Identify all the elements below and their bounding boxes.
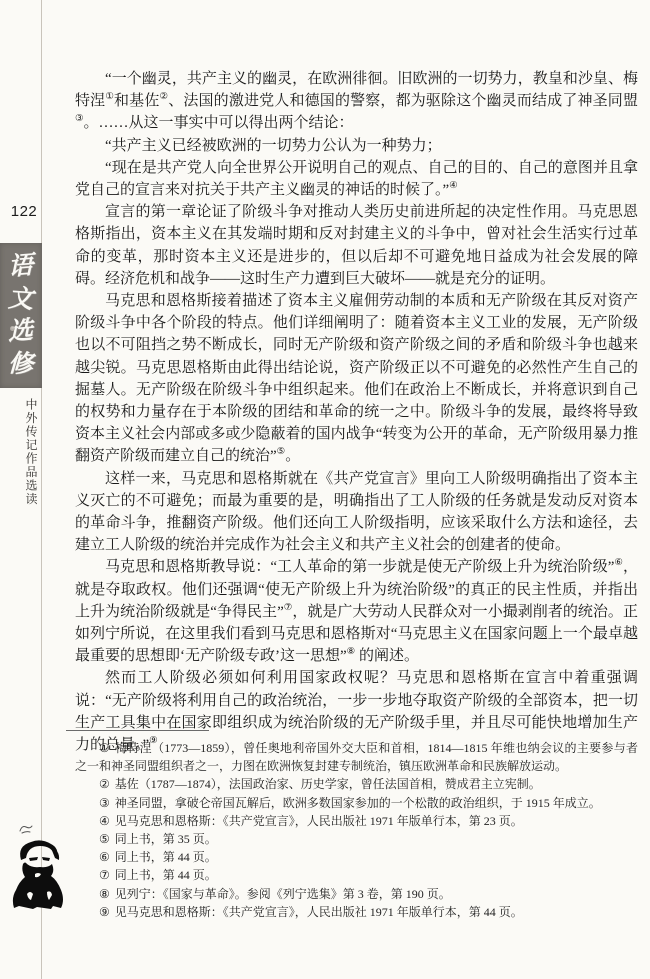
series-title-char: 选 xyxy=(8,318,34,345)
footnotes: ①梅特涅（1773—1859），曾任奥地利帝国外交大臣和首相，1814—1815… xyxy=(75,739,638,921)
footnote-item: ③神圣同盟，拿破仑帝国瓦解后，欧洲多数国家参加的一个松散的政治组织，于 1915… xyxy=(75,794,638,812)
footnote-item: ⑧见列宁：《国家与革命》。参阅《列宁选集》第 3 卷，第 190 页。 xyxy=(75,885,638,903)
footnote-text: 见列宁：《国家与革命》。参阅《列宁选集》第 3 卷，第 190 页。 xyxy=(115,887,451,901)
footnote-ref: ⑥ xyxy=(614,558,623,568)
body-paragraph: 马克思和恩格斯接着描述了资本主义雇佣劳动制的本质和无产阶级在其反对资产阶级斗争中… xyxy=(75,290,638,468)
footnote-item: ⑥同上书，第 44 页。 xyxy=(75,848,638,866)
footnote-text: 见马克思和恩格斯：《共产党宣言》，人民出版社 1971 年版单行本，第 44 页… xyxy=(115,905,523,919)
footnote-ref: ⑧ xyxy=(347,647,356,657)
footnote-item: ①梅特涅（1773—1859），曾任奥地利帝国外交大臣和首相，1814—1815… xyxy=(75,739,638,775)
footnote-marker: ⑤ xyxy=(99,832,110,846)
footnote-text: 见马克思和恩格斯：《共产党宣言》，人民出版社 1971 年版单行本，第 23 页… xyxy=(115,814,523,828)
footnote-item: ⑨见马克思和恩格斯：《共产党宣言》，人民出版社 1971 年版单行本，第 44 … xyxy=(75,903,638,921)
footnote-text: 梅特涅（1773—1859），曾任奥地利帝国外交大臣和首相，1814—1815 … xyxy=(75,741,638,773)
footnote-marker: ⑨ xyxy=(99,905,110,919)
footnote-text: 神圣同盟，拿破仑帝国瓦解后，欧洲多数国家参加的一个松散的政治组织，于 1915 … xyxy=(115,796,601,810)
footnote-ref: ⑦ xyxy=(284,603,293,613)
body-paragraph: “现在是共产党人向全世界公开说明自己的观点、自己的目的、自己的意图并且拿党自己的… xyxy=(75,157,638,201)
book-page: 122 语文选修 中外传记作品选读 “一个幽灵，共产主义的幽灵，在欧洲徘徊。旧欧… xyxy=(0,0,650,979)
footnote-ref: ③ xyxy=(75,114,84,124)
page-number: 122 xyxy=(8,203,40,220)
body-paragraph: “共产主义已经被欧洲的一切势力公认为一种势力； xyxy=(75,135,638,157)
footnote-marker: ⑧ xyxy=(99,887,110,901)
series-title-char: 修 xyxy=(8,351,34,378)
footnote-text: 同上书，第 35 页。 xyxy=(115,832,217,846)
body-paragraph: “一个幽灵，共产主义的幽灵，在欧洲徘徊。旧欧洲的一切势力，教皇和沙皇、梅特涅①和… xyxy=(75,68,638,135)
footnote-marker: ③ xyxy=(99,796,110,810)
paper-speck xyxy=(10,326,15,331)
handwritten-mark xyxy=(17,822,35,836)
footnote-ref: ⑤ xyxy=(277,447,286,457)
body-paragraph: 马克思和恩格斯教导说：“工人革命的第一步就是使无产阶级上升为统治阶级”⑥，就是夺… xyxy=(75,556,638,667)
footnote-item: ④见马克思和恩格斯：《共产党宣言》，人民出版社 1971 年版单行本，第 23 … xyxy=(75,812,638,830)
marx-portrait-silhouette xyxy=(7,838,67,910)
footnote-item: ⑤同上书，第 35 页。 xyxy=(75,830,638,848)
footnote-ref: ① xyxy=(105,92,114,102)
body-paragraph: 这样一来，马克思和恩格斯就在《共产党宣言》里向工人阶级明确指出了资本主义灭亡的不… xyxy=(75,468,638,557)
footnote-item: ⑦同上书，第 44 页。 xyxy=(75,866,638,884)
footnote-ref: ④ xyxy=(449,181,458,191)
body-text: “一个幽灵，共产主义的幽灵，在欧洲徘徊。旧欧洲的一切势力，教皇和沙皇、梅特涅①和… xyxy=(75,68,638,756)
series-title-char: 语 xyxy=(8,253,34,280)
footnote-marker: ⑦ xyxy=(99,868,110,882)
footnote-item: ②基佐（1787—1874），法国政治家、历史学家，曾任法国首相，赞成君主立宪制… xyxy=(75,775,638,793)
footnote-text: 同上书，第 44 页。 xyxy=(115,850,217,864)
footnote-marker: ② xyxy=(99,777,110,791)
series-title-block: 语文选修 xyxy=(0,243,42,388)
footnote-marker: ⑥ xyxy=(99,850,110,864)
footnote-marker: ④ xyxy=(99,814,110,828)
footnote-divider xyxy=(66,730,209,731)
footnote-text: 同上书，第 44 页。 xyxy=(115,868,217,882)
series-title-char: 文 xyxy=(8,286,34,313)
footnote-marker: ① xyxy=(99,741,110,755)
footnote-text: 基佐（1787—1874），法国政治家、历史学家，曾任法国首相，赞成君主立宪制。 xyxy=(115,777,541,791)
body-paragraph: 宣言的第一章论证了阶级斗争对推动人类历史前进所起的决定性作用。马克思恩格斯指出，… xyxy=(75,201,638,290)
footnote-ref: ② xyxy=(160,92,169,102)
volume-subtitle-vertical: 中外传记作品选读 xyxy=(20,398,42,518)
